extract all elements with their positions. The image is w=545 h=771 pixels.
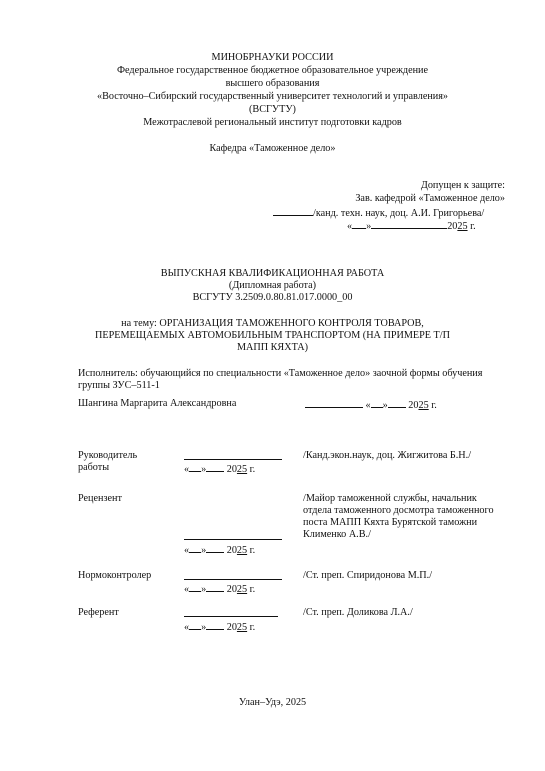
performer-date: «» 2025 г. [305, 398, 437, 412]
supervisor-role-2: работы [78, 462, 109, 474]
institute-name: Межотраслевой региональный институт подг… [0, 117, 545, 129]
topic-line-3: МАПП КЯХТА) [0, 342, 545, 354]
reviewer-signature-line [184, 539, 282, 540]
department-name: Кафедра «Таможенное дело» [0, 143, 545, 155]
performer-line-1: Исполнитель: обучающийся по специальност… [78, 368, 482, 380]
document-code: ВСГУТУ 3.2509.0.80.81.017.0000_00 [0, 292, 545, 304]
reviewer-date: «» 2025 г. [184, 543, 255, 557]
supervisor-role-1: Руководитель [78, 450, 137, 462]
head-title: Зав. кафедрой «Таможенное дело» [355, 193, 505, 205]
performer-group: группы ЗУС–511-1 [78, 380, 160, 392]
topic-line-2: ПЕРЕМЕЩАЕМЫХ АВТОМОБИЛЬНЫМ ТРАНСПОРТОМ (… [0, 330, 545, 342]
reviewer-line-2: отдела таможенного досмотра таможенного [303, 505, 494, 517]
supervisor-signature-line [184, 459, 282, 460]
signature-line [305, 398, 363, 408]
approval-date: «»2025 г. [347, 218, 476, 233]
referent-name: /Ст. преп. Доликова Л.А./ [303, 607, 413, 619]
performer-name: Шангина Маргарита Александровна [78, 398, 236, 410]
admitted-label: Допущен к защите: [421, 180, 505, 192]
reviewer-line-4: Клименко А.В./ [303, 529, 371, 541]
referent-role: Референт [78, 607, 119, 619]
reviewer-role: Рецензент [78, 493, 122, 505]
supervisor-name: /Канд.экон.наук, доц. Жигжитова Б.Н./ [303, 450, 471, 462]
referent-signature-line [184, 616, 278, 617]
day-blank [371, 398, 383, 408]
institution-line-1: Федеральное государственное бюджетное об… [0, 65, 545, 77]
normcontroller-date: «» 2025 г. [184, 582, 255, 596]
referent-date: «» 2025 г. [184, 620, 255, 634]
normcontroller-name: /Ст. преп. Спиридонова М.П./ [303, 570, 432, 582]
day-blank [352, 218, 366, 229]
university-name: «Восточно–Сибирский государственный унив… [0, 91, 545, 103]
reviewer-line-1: /Майор таможенной службы, начальник [303, 493, 477, 505]
work-subtype: (Дипломная работа) [0, 280, 545, 292]
month-blank [388, 398, 406, 408]
normcontroller-signature-line [184, 579, 282, 580]
institution-line-2: высшего образования [0, 78, 545, 90]
reviewer-line-3: поста МАПП Кяхта Бурятской таможни [303, 517, 477, 529]
topic-line-1: на тему: ОРГАНИЗАЦИЯ ТАМОЖЕННОГО КОНТРОЛ… [0, 318, 545, 330]
ministry-heading: МИНОБРНАУКИ РОССИИ [0, 52, 545, 64]
city-year: Улан–Удэ, 2025 [0, 697, 545, 709]
work-type: ВЫПУСКНАЯ КВАЛИФИКАЦИОННАЯ РАБОТА [0, 268, 545, 280]
signature-line [273, 205, 313, 216]
normcontroller-role: Нормоконтролер [78, 570, 151, 582]
month-blank [371, 218, 447, 229]
supervisor-date: «» 2025 г. [184, 462, 255, 476]
university-abbr: (ВСГУТУ) [0, 104, 545, 116]
